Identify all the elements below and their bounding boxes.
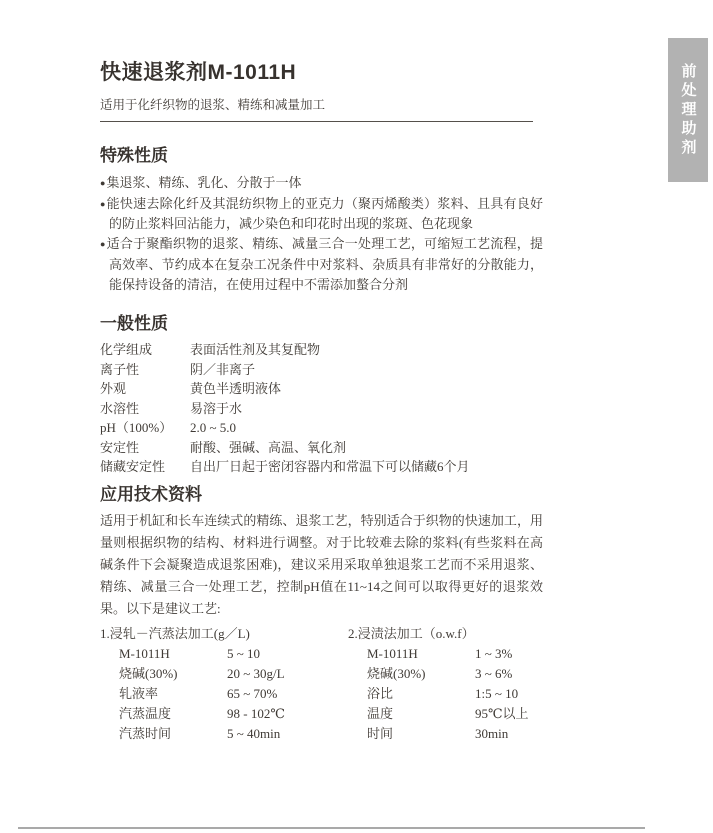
process-row: 轧液率 65 ~ 70% [119,684,348,704]
process-rows: M-1011H 5 ~ 10 烧碱(30%) 20 ~ 30g/L 轧液率 65… [100,644,348,744]
property-row: 水溶性 易溶于水 [100,399,543,419]
property-row: 外观 黄色半透明液体 [100,379,543,399]
section-general-properties: 一般性质 化学组成 表面活性剂及其复配物 离子性 阴／非离子 外观 黄色半透明液… [100,314,543,477]
process-param-value: 5 ~ 10 [227,644,348,664]
property-row: 离子性 阴／非离子 [100,360,543,380]
process-dip: 2.浸渍法加工（o.w.f） M-1011H 1 ~ 3% 烧碱(30%) 3 … [348,624,543,744]
process-row: 烧碱(30%) 20 ~ 30g/L [119,664,348,684]
process-row: 汽蒸温度 98 - 102℃ [119,704,348,724]
side-tab-label: 前处理助剂 [681,63,696,158]
process-title: 1.浸轧－汽蒸法加工(g／L) [100,624,348,644]
process-param-label: 汽蒸时间 [119,724,227,744]
side-tab-pretreatment-auxiliaries: 前处理助剂 [668,38,708,182]
process-param-label: M-1011H [119,644,227,664]
general-properties-table: 化学组成 表面活性剂及其复配物 离子性 阴／非离子 外观 黄色半透明液体 水溶性… [100,340,543,477]
process-param-value: 3 ~ 6% [475,664,543,684]
special-properties-heading: 特殊性质 [100,146,543,166]
header-divider [100,121,533,122]
process-param-value: 5 ~ 40min [227,724,348,744]
process-param-label: M-1011H [367,644,475,664]
property-value: 黄色半透明液体 [190,379,543,399]
property-label: 储藏安定性 [100,457,190,477]
bullet-item: 集退浆、精练、乳化、分散于一体 [100,173,543,194]
product-title: 快速退浆剂M-1011H [100,60,543,86]
process-row: M-1011H 1 ~ 3% [367,644,543,664]
process-title: 2.浸渍法加工（o.w.f） [348,624,543,644]
process-row: M-1011H 5 ~ 10 [119,644,348,664]
process-row: 温度 95℃以上 [367,704,543,724]
process-param-value: 30min [475,724,543,744]
process-pad-steam: 1.浸轧－汽蒸法加工(g／L) M-1011H 5 ~ 10 烧碱(30%) 2… [100,624,348,744]
property-value: 耐酸、强碱、高温、氧化剂 [190,438,543,458]
product-subtitle: 适用于化纤织物的退浆、精练和减量加工 [100,98,543,112]
process-row: 烧碱(30%) 3 ~ 6% [367,664,543,684]
property-label: 离子性 [100,360,190,380]
bullet-item: 适合于聚酯织物的退浆、精练、减量三合一处理工艺，可缩短工艺流程，提高效率、节约成… [100,234,543,294]
process-param-value: 65 ~ 70% [227,684,348,704]
process-row: 汽蒸时间 5 ~ 40min [119,724,348,744]
process-param-value: 95℃以上 [475,704,543,724]
property-row: 化学组成 表面活性剂及其复配物 [100,340,543,360]
process-param-label: 烧碱(30%) [119,664,227,684]
process-row: 时间 30min [367,724,543,744]
property-value: 易溶于水 [190,399,543,419]
process-param-value: 1 ~ 3% [475,644,543,664]
section-application-data: 应用技术资料 适用于机缸和长车连续式的精练、退浆工艺，特别适合于织物的快速加工，… [100,485,543,744]
property-row: pH（100%） 2.0 ~ 5.0 [100,418,543,438]
property-value: 阴／非离子 [190,360,543,380]
property-label: 水溶性 [100,399,190,419]
property-label: pH（100%） [100,418,190,438]
property-label: 化学组成 [100,340,190,360]
property-value: 2.0 ~ 5.0 [190,418,543,438]
process-param-label: 烧碱(30%) [367,664,475,684]
process-tables: 1.浸轧－汽蒸法加工(g／L) M-1011H 5 ~ 10 烧碱(30%) 2… [100,624,543,744]
content-area: 快速退浆剂M-1011H 适用于化纤织物的退浆、精练和减量加工 特殊性质 集退浆… [100,60,543,744]
process-row: 浴比 1:5 ~ 10 [367,684,543,704]
process-param-label: 汽蒸温度 [119,704,227,724]
general-properties-heading: 一般性质 [100,314,543,334]
property-row: 储藏安定性 自出厂日起于密闭容器内和常温下可以储藏6个月 [100,457,543,477]
document-page: 前处理助剂 快速退浆剂M-1011H 适用于化纤织物的退浆、精练和减量加工 特殊… [0,0,713,833]
process-rows: M-1011H 1 ~ 3% 烧碱(30%) 3 ~ 6% 浴比 1:5 ~ 1… [348,644,543,744]
process-param-label: 时间 [367,724,475,744]
application-heading: 应用技术资料 [100,485,543,505]
process-param-value: 98 - 102℃ [227,704,348,724]
property-label: 外观 [100,379,190,399]
process-param-label: 轧液率 [119,684,227,704]
process-param-value: 20 ~ 30g/L [227,664,348,684]
section-special-properties: 特殊性质 集退浆、精练、乳化、分散于一体 能快速去除化纤及其混纺织物上的亚克力（… [100,146,543,294]
property-value: 自出厂日起于密闭容器内和常温下可以储藏6个月 [190,457,543,477]
property-row: 安定性 耐酸、强碱、高温、氧化剂 [100,438,543,458]
special-properties-list: 集退浆、精练、乳化、分散于一体 能快速去除化纤及其混纺织物上的亚克力（聚丙烯酸类… [100,173,543,294]
process-param-value: 1:5 ~ 10 [475,684,543,704]
process-param-label: 浴比 [367,684,475,704]
property-value: 表面活性剂及其复配物 [190,340,543,360]
process-param-label: 温度 [367,704,475,724]
property-label: 安定性 [100,438,190,458]
bullet-item: 能快速去除化纤及其混纺织物上的亚克力（聚丙烯酸类）浆料、且具有良好的防止浆料回沾… [100,194,543,234]
page-bottom-edge [18,827,645,829]
application-paragraph: 适用于机缸和长车连续式的精练、退浆工艺，特别适合于织物的快速加工，用量则根据织物… [100,510,543,620]
